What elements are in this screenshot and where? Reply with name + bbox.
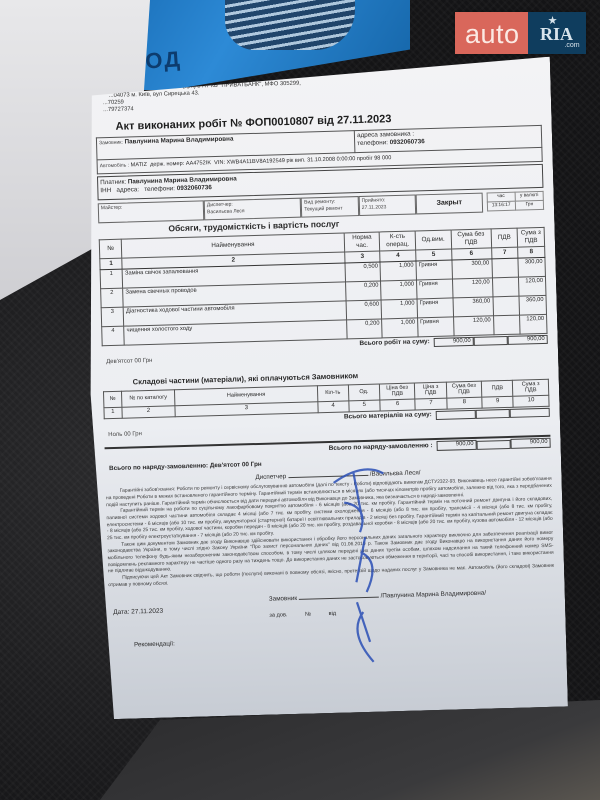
customer-sign-label: Замовник (269, 594, 297, 602)
logo-ria-text: RIA (540, 26, 573, 42)
column-number: 9 (482, 397, 513, 408)
column-number: 5 (349, 401, 380, 412)
works-column-header: ПДВ (491, 228, 518, 247)
contract-label: за дов. (269, 613, 287, 620)
works-cell-total: 360,00 (519, 295, 546, 315)
materials-column-header: № (103, 391, 121, 408)
works-cell-sum: 120,00 (452, 277, 493, 297)
works-cell-norm: 0,600 (346, 300, 382, 320)
car-vin: XWB4A11BV8A192549 (227, 159, 286, 167)
column-number: 1 (100, 258, 123, 269)
materials-column-header: Сума без ПДВ (446, 381, 482, 399)
master-label: Майстер: (101, 203, 201, 212)
signature-line (288, 474, 368, 477)
dispatcher-sign-name: /Васильєва Леся/ (370, 469, 421, 477)
grand-total-sum: 900,00 (437, 440, 477, 450)
accepted-cell: Прийнято: 27.11.2023 (358, 195, 416, 217)
car-plate: AA4752IK (186, 161, 211, 168)
plate-label: держ. номер: (150, 161, 184, 168)
time-value: 13:16:17 (487, 202, 516, 212)
works-column-header: Од.вим. (415, 230, 451, 250)
payer-label: Платник: (100, 179, 126, 187)
logo-auto-text: auto (455, 12, 528, 54)
materials-total-vat (476, 409, 510, 419)
materials-column-header: Ціна без ПДВ (379, 383, 415, 401)
customer-label: Замовник: (99, 140, 123, 147)
materials-column-header: Од. (348, 384, 380, 402)
customer-phone-label: телефони: (357, 140, 388, 148)
works-cell-sum: 120,00 (453, 315, 494, 335)
autoria-watermark-logo: auto ★ RIA .com (455, 12, 586, 54)
works-cell-vat (493, 296, 520, 316)
customer-sign-name: /Павлунина Марина Владимировна/ (380, 589, 486, 599)
contract-number-label: № (305, 612, 311, 618)
time-currency-table: час у валюті 13:16:17 Грн (486, 191, 544, 212)
materials-column-header: ПДВ (482, 380, 514, 398)
works-cell-n: 1 (100, 269, 123, 289)
dispatcher-sign-label: Диспетчер (255, 473, 286, 481)
mileage-label: пробіг (357, 156, 373, 162)
materials-total-sum (436, 410, 476, 420)
warranty-terms: Гарантійні зобов'язання: Роботи по ремон… (106, 477, 555, 589)
payer-address-label: адреса: (116, 186, 139, 194)
works-column-header: Норма час. (344, 232, 380, 252)
works-cell-sum: 300,00 (451, 258, 492, 278)
contract-from-label: від (329, 611, 337, 617)
works-cell-qty: 1,000 (380, 261, 416, 281)
works-cell-norm: 0,200 (345, 281, 381, 301)
works-cell-qty: 1,000 (381, 299, 417, 319)
background-car-image (225, 0, 355, 50)
column-number: 7 (491, 247, 518, 259)
works-column-header: Сума без ПДВ (451, 229, 492, 249)
works-column-header: К-сть операц. (380, 231, 416, 251)
works-cell-unit: Гривня (418, 317, 454, 337)
date-value: 27.11.2023 (131, 608, 163, 616)
column-number: 2 (122, 406, 176, 418)
column-number: 6 (380, 400, 416, 411)
dispatcher-cell: Диспетчер: Васильєва Леся (204, 198, 302, 221)
works-cell-vat (493, 315, 520, 335)
works-cell-total: 120,00 (520, 314, 547, 334)
logo-com-text: .com (564, 42, 579, 50)
materials-column-header: Сума з ПДВ (513, 379, 549, 397)
logo-ria-block: ★ RIA .com (528, 12, 586, 54)
works-cell-n: 4 (102, 326, 125, 346)
signature-line (299, 596, 379, 599)
materials-total-label: Всього матеріалів на суму: (344, 411, 432, 422)
works-cell-total: 120,00 (519, 276, 546, 296)
vin-label: VIN: (214, 160, 225, 166)
recommendations-label: Рекомендації: (134, 630, 556, 650)
work-completion-act-document: Виконавець: ФОП САЛІЄВ АЗІЗБЕК ІСМАІЛДЖА… (72, 57, 568, 720)
materials-column-header: № по каталогу (121, 389, 175, 407)
master-cell: Майстер: (98, 201, 205, 224)
works-table: №НайменуванняНорма час.К-сть операц.Од.в… (99, 227, 548, 346)
customer-name: Павлунина Марина Владимировна (125, 136, 234, 146)
works-cell-sum: 360,00 (453, 296, 494, 316)
car-mileage: 98 000 (374, 156, 391, 162)
payer-phone-label: телефони: (144, 185, 175, 193)
materials-column-header: Ціна з ПДВ (415, 382, 447, 400)
column-number: 8 (446, 398, 482, 409)
works-cell-norm: 0,500 (345, 262, 381, 282)
status-badge: Закрыт (416, 193, 483, 215)
works-cell-unit: Гривня (416, 260, 452, 280)
repair-type-cell: Вид ремонту: Текущий ремонт (301, 196, 359, 218)
date-label: Дата: (113, 609, 129, 616)
materials-column-header: Кіл-ть (317, 384, 349, 402)
works-total-vat (474, 336, 508, 346)
works-cell-norm: 0,200 (346, 319, 382, 339)
works-column-header: № (99, 239, 122, 258)
works-column-header: Сума з ПДВ (517, 227, 544, 246)
year-label: рік вип. (286, 158, 305, 165)
works-cell-vat (492, 258, 519, 278)
car-label: Автомобіль : (100, 163, 130, 170)
grand-total-label: Всього по наряду-замовленню : (329, 442, 433, 453)
works-cell-unit: Гривня (416, 279, 452, 299)
inn-label: ІНН (100, 187, 111, 194)
works-cell-n: 2 (101, 288, 124, 308)
works-cell-vat (492, 277, 519, 297)
grand-total-with-vat: 900,00 (510, 438, 550, 448)
works-cell-qty: 1,000 (381, 280, 417, 300)
works-total-label: Всього робіт на суму: (359, 338, 430, 348)
currency-value: Грн (515, 201, 543, 211)
grand-total-vat (477, 439, 511, 449)
column-number: 10 (513, 396, 549, 407)
accepted-value: 27.11.2023 (362, 203, 414, 211)
works-cell-total: 300,00 (518, 257, 545, 277)
column-number: 1 (104, 408, 122, 419)
customer-phone: 0932060736 (390, 138, 425, 146)
column-number: 4 (317, 401, 348, 412)
car-model: MATIZ (131, 162, 148, 168)
column-number: 7 (415, 399, 446, 410)
car-year: 31.10.2008 0:00:00 (307, 157, 355, 164)
materials-total-with-vat (510, 408, 550, 418)
payer-phone: 0932060736 (177, 184, 212, 192)
works-cell-qty: 1,000 (382, 318, 418, 338)
repair-type-value: Текущий ремонт (304, 205, 356, 213)
works-total-sum: 900,00 (434, 337, 474, 347)
works-cell-n: 3 (101, 307, 124, 327)
works-cell-unit: Гривня (417, 298, 453, 318)
column-number: 8 (518, 246, 545, 258)
works-total-with-vat: 900,00 (508, 334, 548, 344)
